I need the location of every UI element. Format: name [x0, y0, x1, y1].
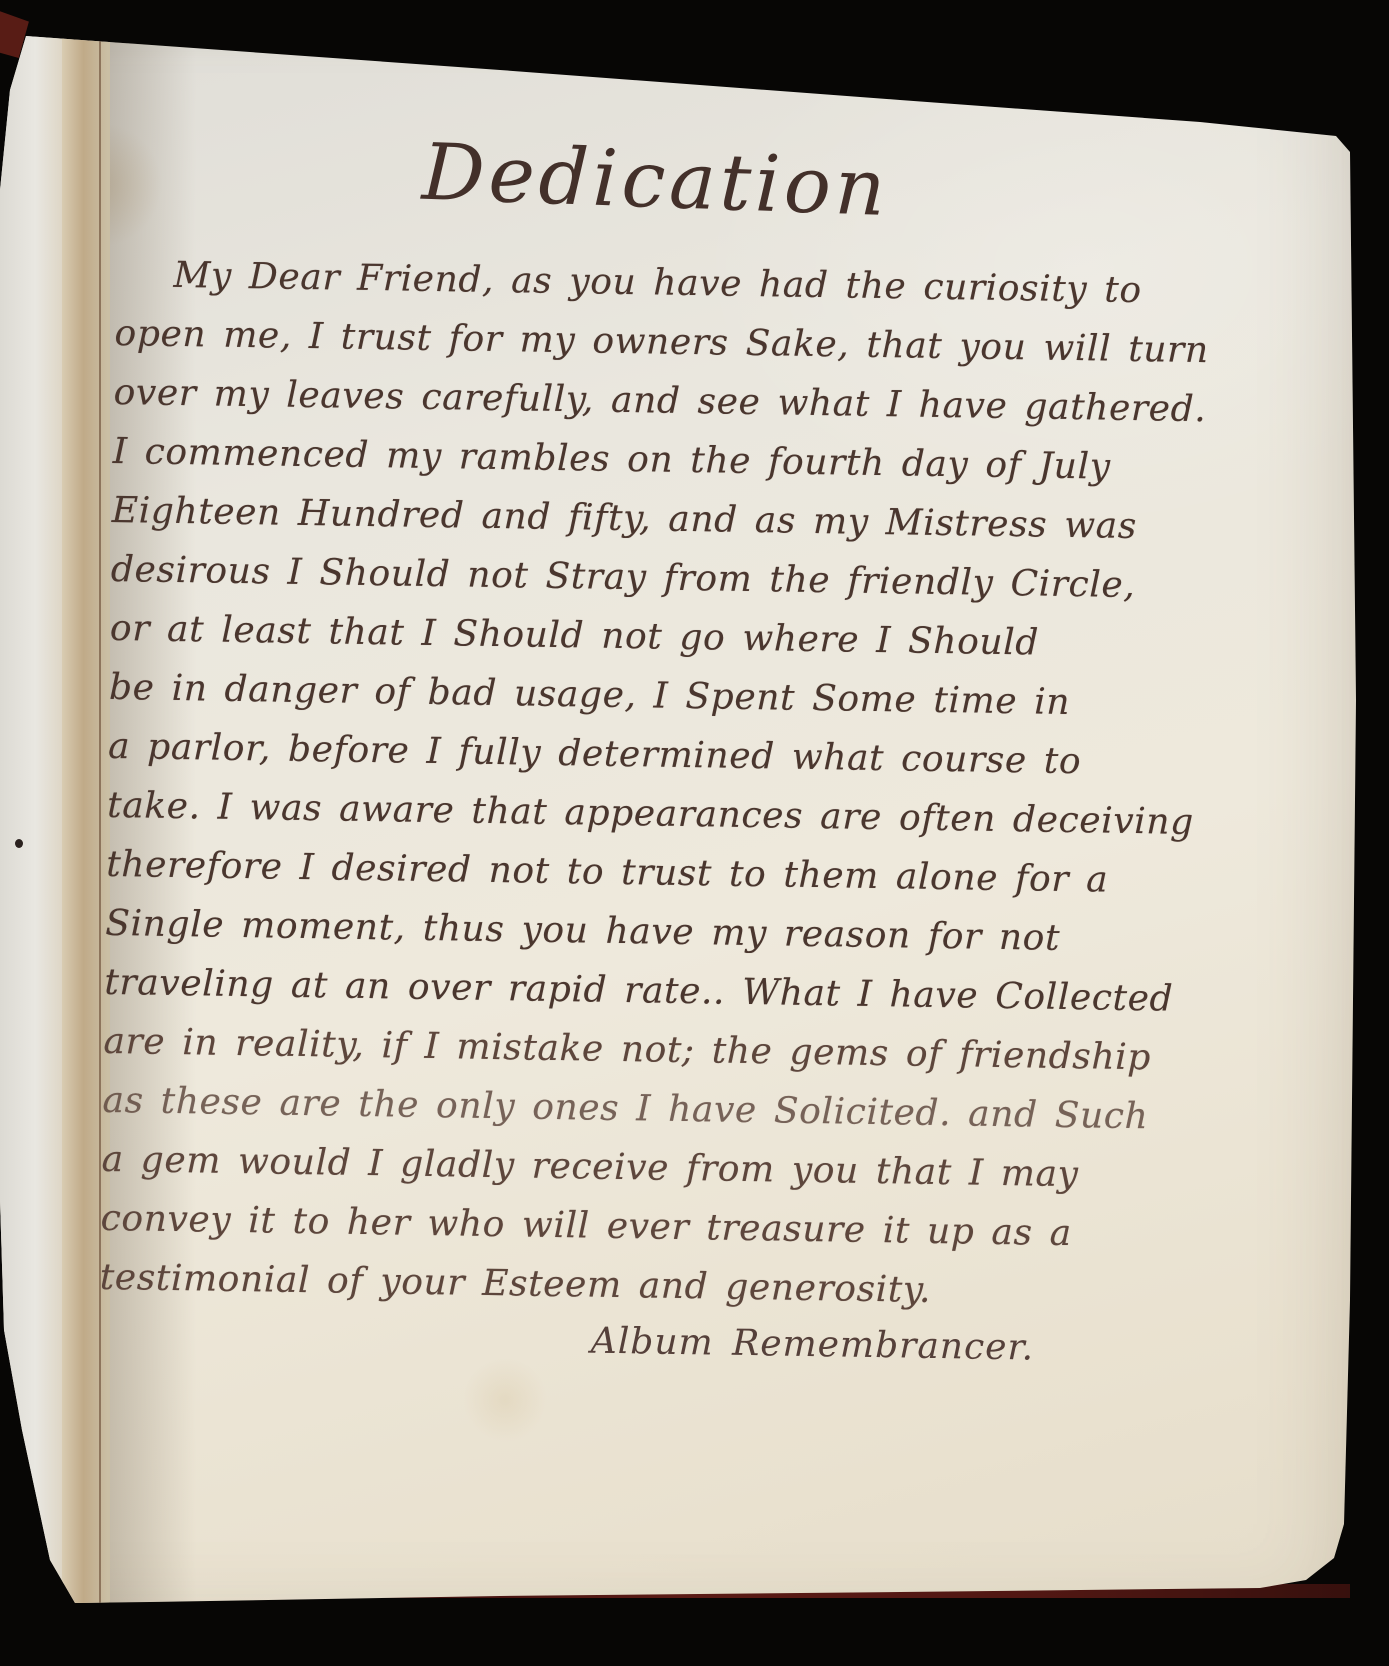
ink-speck [15, 839, 23, 848]
photograph-background: Dedication My Dear Friend, as you have h… [0, 0, 1389, 1666]
gutter-crease-line [99, 0, 101, 1666]
manuscript-signature: Album Remembrancer. [591, 1321, 1250, 1372]
binding-gutter [62, 0, 110, 1666]
manuscript-text-block: Dedication My Dear Friend, as you have h… [99, 118, 1268, 1372]
previous-page-fore-edge [0, 34, 64, 1606]
manuscript-body: My Dear Friend, as you have had the curi… [99, 245, 1266, 1325]
page-title: Dedication [420, 115, 1268, 254]
album-page: Dedication My Dear Friend, as you have h… [0, 0, 1389, 1666]
